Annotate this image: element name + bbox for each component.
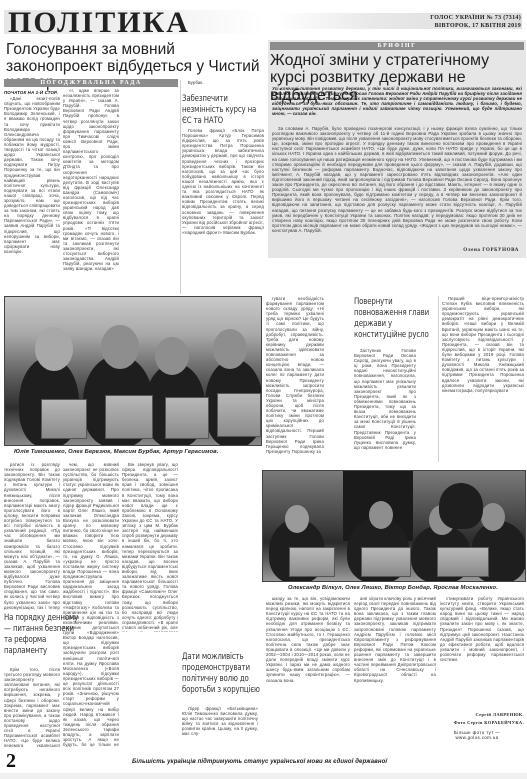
photo-laptop (437, 547, 489, 577)
issue-number: ГОЛОС УКРАЇНИ № 73 (7314) (430, 15, 521, 21)
main-article-col2: «І, адже вперше за незалежність президен… (63, 88, 119, 294)
lower-col3: Він звернув увагу, що сфера відповідальн… (122, 462, 178, 632)
rubric-briefing: БРИФІНГ (270, 42, 524, 50)
rubric-pogodzhuvalna-rada: ПОГОДЖУВАЛЬНА РАДА (4, 79, 178, 87)
page-number: 2 (6, 750, 16, 773)
photo-figure-standing (439, 483, 483, 529)
brief-author: Олена ГОРБУНОВА (463, 248, 519, 253)
paragraph: «І, адже вперше за незалежність президен… (63, 88, 119, 271)
lower-col1b: Крім того, після третього розгляду мовно… (4, 667, 60, 747)
photo-laptop (361, 547, 411, 577)
paragraph: Перший віце-прем'єр-міністр Степан Кубів… (442, 296, 524, 393)
photo-figure-head (155, 337, 189, 375)
photo-laptop (105, 395, 153, 439)
photo-vilkul-liashko-bondar-moskalenko (262, 470, 526, 582)
lower-col3b: Лідер фракції «Батьківщина» Юлія Тимошен… (182, 706, 258, 748)
paragraph: гувати необхідність формування парламент… (266, 296, 324, 454)
more-photos-link[interactable]: Більше фото тут — www.golos.com.ua (440, 730, 514, 740)
photo-credit: Фото Сергія КОРАБЕЙЧУКА. (440, 720, 524, 725)
lower-col5: аня зіграти ключову роль у місячний пері… (354, 596, 436, 746)
photo-figure-head (213, 329, 247, 369)
lower-col1: ратися із розгляду технічних поправок до… (4, 462, 60, 610)
continuation-kicker: ПОЧАТОК НА 1-Й СТОР. (4, 90, 60, 95)
lower-col6: стимулювати роботу Українського інститут… (440, 596, 524, 690)
subhead-president-powers: Повернути повноваження глави держави у к… (354, 297, 432, 341)
subhead-anti-corruption: Дати можливість продемонструвати політич… (182, 652, 268, 696)
middle-col-c: Перший віце-прем'єр-міністр Степан Кубів… (442, 296, 524, 462)
photo-figure-head (285, 505, 309, 533)
paragraph: За словами А. Парубія, було проведено по… (272, 126, 522, 233)
middle-col-a: гувати необхідність формування парламент… (266, 296, 324, 462)
photo-figure-head (369, 501, 393, 529)
subhead-eu-nato: Забезпечити незмінність курсу на ЄС та Н… (182, 94, 260, 127)
photo-laptop (165, 397, 209, 439)
lower-col2: чем, що мовний законопроект не розколює … (63, 462, 119, 747)
photo-figure-head (35, 327, 73, 371)
paragraph: Він звернув увагу, що сфера відповідальн… (122, 462, 178, 632)
paragraph: «Дані екзит-полів свідчать, що новообран… (4, 96, 60, 254)
footer-slogan: Більшість українців підтримують статус у… (132, 759, 387, 765)
photo-figure-head (101, 325, 139, 369)
issue-date: ВІВТОРОК, 17 КВІТНЯ 2019 (435, 23, 521, 29)
main-article-col3-top: Бурбак. (182, 80, 264, 92)
paragraph: Лідер фракції «Батьківщина» Юлія Тимошен… (182, 706, 258, 737)
newspaper-page: ПОЛІТИКА ГОЛОС УКРАЇНИ № 73 (7314) ВІВТО… (0, 0, 527, 779)
main-article-col3: Голова фракції «Блок Петра Порошенка» Ар… (182, 128, 264, 294)
lower-col4: шкоду за те, що він, усвідомлюючи можлив… (266, 596, 350, 746)
author-signature: Сергій ЛАВРЕНЮК. (440, 712, 524, 717)
column-divider (180, 80, 181, 294)
photo1-caption: Юлія Тимошенко, Олег Березюк, Максим Бур… (14, 449, 218, 455)
brief-lead: Усі ключові питання розвитку держави, у … (272, 86, 522, 117)
middle-col-b: Заступник Голови Верховної Ради Оксана С… (354, 348, 416, 462)
bottom-rule (0, 773, 527, 779)
paragraph: стимулювати роботу Українського інститут… (440, 596, 524, 662)
brief-body: За словами А. Парубія, було проведено по… (272, 126, 522, 246)
photo-laptop (289, 547, 335, 577)
photo-laptop (41, 399, 87, 439)
paragraph: ратися із розгляду технічних поправок до… (4, 462, 60, 610)
paragraph: аня зіграти ключову роль у місячний пері… (354, 596, 436, 683)
photo-tymoshenko-bereziuk-burbak-herasymov (4, 296, 262, 446)
main-article-col1: ПОЧАТОК НА 1-Й СТОР. «Дані екзит-полів с… (4, 90, 60, 294)
paragraph: Заступник Голови Верховної Ради Оксана С… (354, 348, 416, 450)
photo-laptop (217, 393, 261, 437)
paragraph: Бурбак. (182, 80, 264, 85)
paragraph: чем, що мовний законопроект не розколює … (63, 462, 119, 747)
paragraph: шкоду за те, що він, усвідомлюючи можлив… (266, 596, 350, 683)
photo2-caption: Олександр Вілкул, Олег Ляшко, Віктор Бон… (288, 585, 498, 591)
photo-figure-head (481, 503, 505, 531)
paragraph: Крім того, після третього розгляду мовно… (4, 667, 60, 747)
column-divider (438, 296, 439, 462)
section-title: ПОЛІТИКА (8, 8, 190, 38)
paragraph: Голова фракції «Блок Петра Порошенка» Ар… (182, 128, 264, 235)
